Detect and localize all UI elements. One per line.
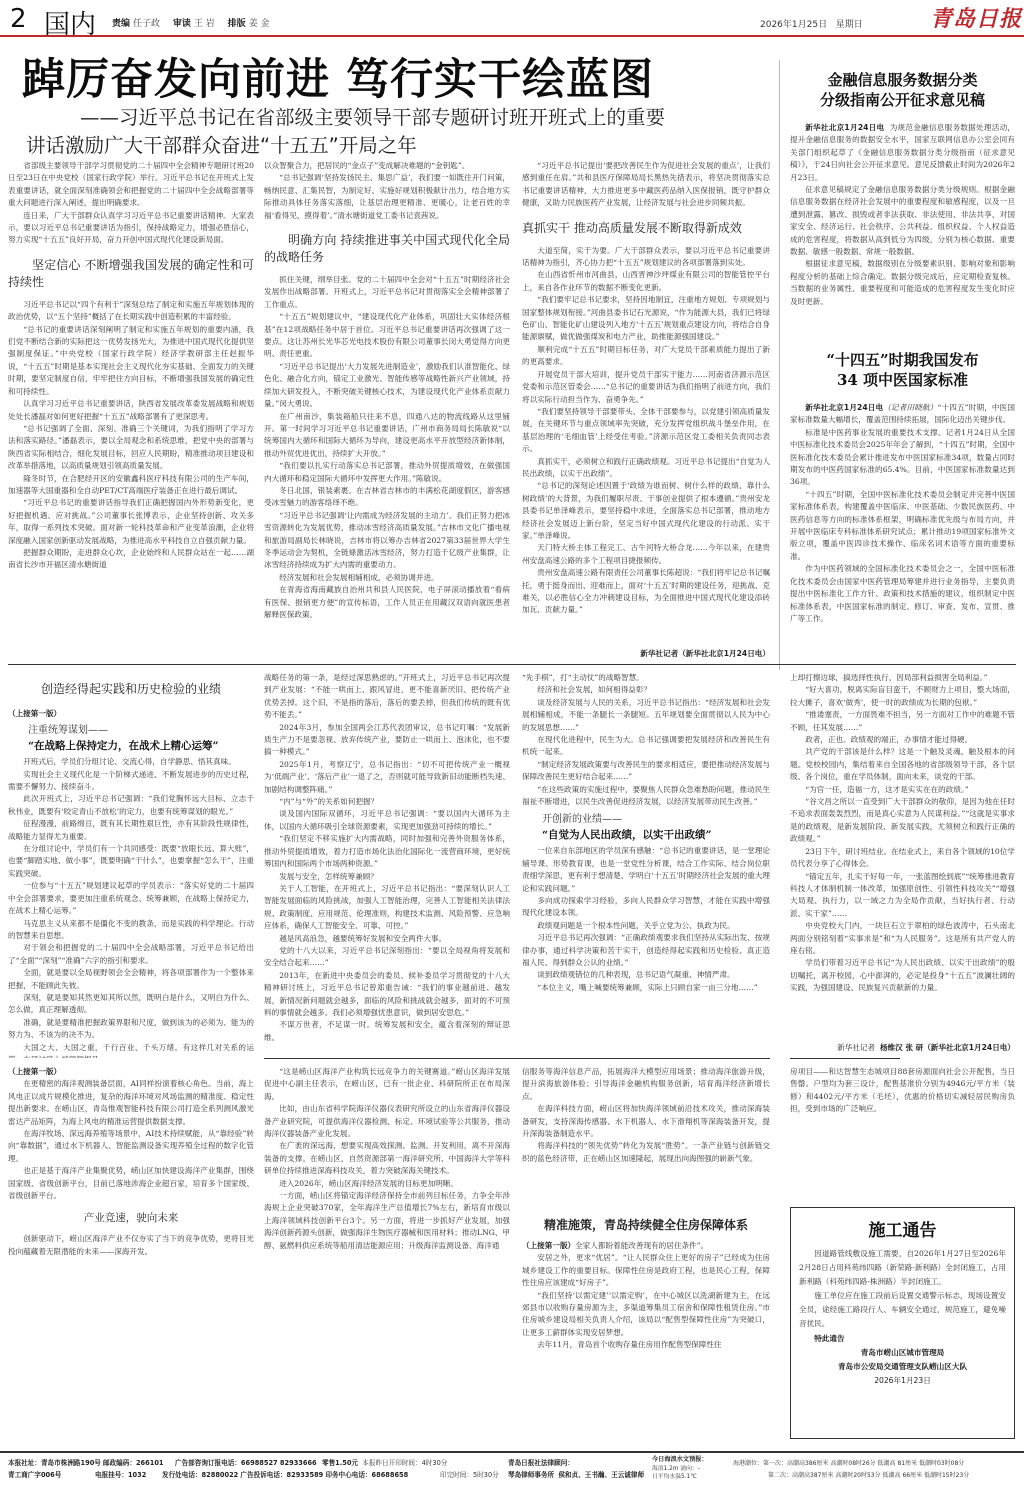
notice-date: 2026年1月23日 [799,1374,1006,1388]
paragraph: 习近平总书记以“四个有利于”深刻总结了制定和实施五年规划体现的政治优势，以“五个… [8,299,254,324]
footer-ocean-title: 今日海浪水文预报： [652,1454,708,1463]
footer-tide-1: 海港潮位：第一次：高潮高386厘米 高潮时08时26分 低潮高 81厘米 低潮时… [733,1458,964,1467]
paragraph: 经济发展和社会发展相辅相成，必须协调并进。 [264,572,510,584]
paragraph: “习近平总书记提出‘要把改善民生作为促进社会发展的重点’，让我们感到重任在肩。”… [522,160,770,210]
date-text: 2026年1月25日 [760,20,827,30]
page-number: 2 [10,4,27,34]
paragraph: 2025年1月，考察辽宁，总书记指出：“切不可把传统产业一概视为‘低端产业’、‘… [264,759,510,796]
paragraph: 在现代化进程中，民生为大。总书记强调要把发展经济和改善民生有机统一起来。 [522,734,770,759]
footer-print-end: 印完时间：5时30分 [440,1469,499,1479]
paragraph: 在海洋科技方面，崂山区将加快海洋领域前沿技术攻关，推动深海装备研发，支持深海传感… [522,1103,770,1140]
paragraph: 一方面，崂山区将锚定海洋经济保持全市前列目标任务，力争全年涉海规上企业突破370… [264,1190,510,1252]
paragraph: 根据征求意见稿，数据级别在分级要素识别、影响对象和影响程度分析的基础上综合确定。… [790,258,1015,308]
footer-distribution: 发行处电话：82880022 广告投诉电话：82933589 印务中心电话：68… [162,1469,408,1479]
paragraph: 一位参与“十五五”规划建议起草的学员表示：“落实好党的二十届四中全会部署要求，要… [8,880,254,917]
paragraph: “习近平总书记强调‘让内需成为经济发展的主动力’。我们正努力把冰雪资源转化为发展… [264,510,510,572]
paragraph: 政绩观问题是一个根本性问题，关乎立党为公、执政为民。 [522,920,770,932]
paragraph: 战略任务的第一条，是经过深思熟虑的。”开班式上，习近平总书记再次提到产业发展：“… [264,672,510,722]
paragraph: “这是崂山区海洋产业构筑长远竞争力的关键赛道。”崂山区海洋发展促进中心副主任表示… [264,1066,510,1103]
paragraph: 马克思主义从来都不是僵化不变的教条，而是实践的科学理论。行动的智慧来自思想。 [8,918,254,943]
dateline: 新华社北京1月24日电 [805,123,884,132]
article-2-column-2: 战略任务的第一条，是经过深思熟虑的。”开班式上，习近平总书记再次提到产业发展：“… [264,672,510,1056]
notice-paragraph: 施工单位应在施工段前后设置交通警示标志，现场设置安全员，途经施工路段行人、车辆安… [799,1289,1006,1331]
paragraph: 共产党的干部该是什么样？这是一个触及灵魂、触及根本的问题。党校校园内，集结着来自… [790,746,1015,783]
section-heading: 明确方向 持续推进事关中国式现代化全局的战略任务 [264,232,510,266]
article-2-byline: 新华社记者 杨维汉 张 研（新华社北京1月24日电） [790,1042,1015,1053]
lead-subtitle-1: ——习近平总书记在省部级主要领导干部专题研讨班开班式上的重要 [80,102,665,130]
paragraph: 此次开班式上，习近平总书记强调：“我们党胸怀远大目标、立志千秋伟业，既要有‘咬定… [8,793,254,818]
construction-notice: 施工通告 因道路管线敷设施工需要，自2026年1月27日至2026年2月28日占… [790,1207,1015,1439]
paragraph: “谷文昌之所以一直受到广大干部群众的敬仰，是因为他在任时不追求表面轰轰烈烈，而是… [790,796,1015,846]
sidebar-title: “十四五”时期我国发布 [790,350,1015,370]
paragraph: 在广袤的深远海，想要实现高效探测、监测、开发利用，离不开深海装备的支撑。在崂山区… [264,1140,510,1177]
paragraph: 把握群众期盼，走进群众心坎，企业始终和人民群众站在一起……湖南省长沙市开福区清水… [8,547,254,572]
paragraph: “我们坚定不移实施扩大内需战略，同时加强和完善外资服务体系，推动外贸提质增效，着… [264,833,510,870]
sidebar-article-finance: 金融信息服务数据分类 分级指南公开征求意见稿 新华社北京1月24日电 为规范金融… [790,70,1015,322]
paragraph: “推诿塞责，一方面畏难不担当，另一方面对工作中的难题不管不顾，任其发展……” [790,709,1015,734]
section-divider [8,664,1016,665]
article-3-column-3: 信服务等海洋信息产品，拓展海洋大模型应用场景；推动海洋旅游升级，提升滨海旅游体验… [522,1066,770,1196]
paragraph: “总书记强调‘坚持发扬民主、集思广益’，我们要一如既往开门问策，畅纳民意、汇集民… [264,172,510,222]
paragraph: 贵州安盘高速公路有限责任公司董事长陈超说：“我们将牢记总书记嘱托，勇于挺身而出、… [522,567,770,617]
paragraph: 真抓实干，必须树立和践行正确政绩观。习近平总书记提出“自觉为人民出政绩，以实干出… [522,456,770,481]
footer-tide-2: 第二次：高潮高387厘米 高潮时20时53分 低潮高 66厘米 低潮时15时23… [768,1470,969,1479]
sidebar-title: 金融信息服务数据分类 [790,70,1015,90]
paragraph: 越是风高浪急，越要统筹好发展和安全两件大事。 [264,933,510,945]
footer-water-temp: 日平均水温5.1℃ [652,1471,697,1480]
paragraph: 不谋万世者，不足谋一时。统筹发展和安全，蕴含着深刻的辩证思维。 [264,1019,510,1044]
paragraph: “我们要坚持领导干部要带头、全体干部要参与，以党建引领高质量发展，在关键环节与重… [522,406,770,456]
article-4-column-1: （上接第一版）全家人都盼着能改善现有的居住条件”。 安居之外，更求“优居”。“让… [522,1240,770,1446]
paragraph: 征程漫漫，前路绵亘，既有其长期性艰巨性，亦有其阶段性规律性，战略能力显得尤为重要… [8,818,254,843]
paragraph: 新华社北京1月24日电 为规范金融信息服务数据处理活动，提升金融信息服务的数据安… [790,122,1015,184]
article-3-column-1: （上接第一版） 在更精密的海洋观测装备层面，AI同样扮演着核心角色。当前，海上风… [8,1066,254,1446]
article-2-title: 创造经得起实践和历史检验的业绩 [8,680,254,697]
section-heading: 产业竞速，驶向未来 [8,1210,254,1227]
paragraph: “在这些政策的实施过程中，要聚焦人民群众急难愁盼问题，推动民生福祉不断增进，以民… [522,784,770,809]
issue-date: 2026年1月25日 星期日 [760,17,863,30]
paragraph: 习近平总书记再次强调：“正确政绩观要求我们坚持从实际出发、按规律办事，通过科学决… [522,932,770,969]
paragraph: 经济和社会发展，如何相得益彰？ [522,684,770,696]
paragraph: 大国之大、大国之重，千行百业、千头万绪。有这样几对关系的运筹，在研讨班上被频频提… [8,1042,254,1058]
paragraph: 房项目——和达智慧生态城项目88套房源面向社会公开配售，当日售罄。户型均为套三设… [790,1066,1015,1116]
article-4-column-2: 房项目——和达智慧生态城项目88套房源面向社会公开配售，当日售罄。户型均为套三设… [790,1066,1015,1128]
paragraph: 党的十八大以来，习近平总书记深刻指出：“要以全局视角将发展和安全结合起来……” [264,945,510,970]
lead-byline: 新华社记者（新华社北京1月24日电） [522,648,770,659]
footer-price: 零售1.50元 本报昨日开印时间：4时30分 [322,1457,447,1467]
continued-tag: （上接第一版） [8,1066,254,1078]
paragraph: 连日来，广大干部群众认真学习习近平总书记重要讲话精神。大家表示，要以习近平总书记… [8,210,254,247]
paragraph: 进入2026年，崂山区海洋经济发展的目标更加明晰。 [264,1178,510,1190]
staff-credits: 责编任子政 审读王 岩 排版姜 金 [112,16,280,29]
article-2-column-3: “先手棋”，打“主动仗”的战略智慧。 经济和社会发展，如何相得益彰？ 谈及经济发… [522,672,770,1056]
dateline: 新华社北京1月24日电 [805,403,883,412]
paragraph: 比如，由山东省科学院海洋仪器仪表研究所设立的山东省海洋仪器设备产业研究院，可提供… [264,1103,510,1140]
section-heading: 真抓实干 推动高质量发展不断取得新成效 [522,220,770,237]
notice-issuer: 青岛市公安局交通管理支队崂山区大队 [799,1360,1006,1374]
paragraph: 安居之外，更求“优居”。“让人民群众住上更好的房子”已经成为住房城乡建设工作的重… [522,1252,770,1289]
paragraph: “制定经济发展政策要与改善民生的要求相适应，要把推动经济发展与保障改善民生更好结… [522,759,770,784]
weekday-text: 星期日 [836,20,863,30]
paragraph: “我们要牢记总书记要求，坚持因地制宜，注重地方规划、专项规划与国家整体规划衔接。… [522,294,770,344]
paragraph: 天门特大桥主体工程完工、古牛河特大桥合龙……今年以来，在建贵州安盘高速公路的多个… [522,542,770,567]
paragraph: 学员们带着习近平总书记“为人民出政绩、以实干出政绩”的殷切嘱托，离开校园，心中澎… [790,957,1015,994]
footer-divider [0,1451,1024,1453]
paragraph: 多向成功探索学习经验，多向人民群众学习智慧，才能在实践中增强现代化建设本领。 [522,895,770,920]
paragraph: 冬日北国，银装素裹。在吉林省吉林市的丰满松花湖度假区，游客感受冰雪魅力的游客络绎… [264,485,510,510]
masthead-logo: 青岛日报 [930,2,1022,33]
paragraph: 谈及经济发展与人民的关系，习近平总书记指出：“经济发展和社会发展相辅相成，不能一… [522,697,770,734]
kicker: 注重统筹谋划—— [28,725,254,737]
header-divider [0,35,1024,37]
staff-role: 责编 [112,19,130,29]
section-heading: 坚定信心 不断增强我国发展的确定性和可持续性 [8,257,254,291]
paragraph: 也正是基于海洋产业集聚优势，崂山区加快建设海洋产业集群，围绕国家级、省级创新平台… [8,1165,254,1202]
paragraph: “十五五”规划建议中，“建设现代化产业体系，巩固壮大实体经济根基”在12项战略任… [264,311,510,361]
paragraph: 在海洋牧场、深远海养殖等场景中，AI技术持续赋能，从“靠经验”转向“靠数据”，通… [8,1128,254,1165]
paragraph: 新华社北京1月24日电（记者田晓航）“十四五”时期，中医国家标准数量大幅增长，覆… [790,402,1015,427]
footer-license: 青工商广字006号 [8,1469,61,1479]
paragraph: 关于人工智能，在开班式上，习近平总书记指出：“要深刻认识人工智能发展面临的风险挑… [264,883,510,933]
paragraph: 实现社会主义现代化是一个阶梯式递进、不断发展进步的历史过程，需要不懈努力、接续奋… [8,769,254,794]
paragraph: 23日下午，研讨班结业。在结业式上，来自各个领域的10位学员代表分享了心得体会。 [790,846,1015,871]
paragraph: 在山西省忻州市河曲县，山西晋神沙坪煤业有限公司的智能管控平台上，来自各作业环节的… [522,269,770,294]
paragraph: 以众智聚合力，把居民的“金点子”变成解决难题的“金钥匙”。 [264,160,510,172]
sidebar-title: 34 项中医国家标准 [790,370,1015,390]
paragraph: 创新驱动下，崂山区海洋产业不仅夯实了当下的竞争优势，更将目光投向蕴藏着无限潜能的… [8,1233,254,1258]
paragraph: 准确，就是要精准把握政策界限和尺度，做到该为的必须为、能为的努力为、不该为的决不… [8,1017,254,1042]
paragraph: “十四五”时期，全国中医标准化技术委员会制定并完善中医国家标准体系表，构建覆盖中… [790,489,1015,563]
paragraph: 开展党员干部大培训，提升党员干部实干能力……河南省济源示范区党委和示范区管委会…… [522,369,770,406]
byline-prefix: 新华社记者 [837,1043,875,1052]
lead-headline: 踔厉奋发向前进 笃行实干绘蓝图 [22,46,654,107]
paragraph: 认真学习习近平总书记重要讲话，陕西省发展改革委发展战略和规划处处长潘磊对如何更好… [8,398,254,423]
paragraph: 在青海省海南藏族自治州共和县人民医院，电子屏滚动播放着“看病有医保、报销更方便”… [264,584,510,621]
paragraph: （上接第一版）全家人都盼着能改善现有的居住条件”。 [522,1240,770,1252]
notice-paragraph: 因道路管线敷设施工需要，自2026年1月27日至2026年2月28日占用科苑纬四… [799,1247,1006,1289]
kicker: 开创新的业绩—— [542,814,770,826]
staff-name: 任子政 [133,19,160,29]
sidebar-article-tcm: “十四五”时期我国发布 34 项中医国家标准 新华社北京1月24日电（记者田晓航… [790,350,1015,667]
paragraph: 征求意见稿规定了金融信息服务数据分类分级规则。根据金融信息服务数据在经济社会发展… [790,184,1015,258]
paragraph: 隆冬时节，在合肥经开区的安徽鑫科医疗科技有限公司的生产车间，加速器等大国重器和全… [8,473,254,498]
article-2-column-1: （上接第一版） 注重统筹谋划—— “在战略上保持定力，在战术上精心运筹” 开班式… [8,708,254,1058]
paragraph: 2024年3月，参加全国两会江苏代表团审议，总书记叮嘱：“发展新质生产力不是要忽… [264,722,510,759]
paragraph: “总书记的深刻论述因置于‘政绩为谁而树、树什么样的政绩、靠什么树政绩’的大背景，… [522,480,770,542]
reporter: （记者田晓航） [883,403,937,412]
paragraph: 对于领会和把握党的二十届四中全会战略部署，习近平总书记给出了“全面”“深刻”“准… [8,942,254,967]
section-divider [264,1058,770,1059]
footer-telegraph: 电报挂号：1032 [95,1469,146,1479]
paragraph: “总书记强调了全面、深刻、准确三个关键词，为我们指明了学习方法和落实路径。”潘磊… [8,423,254,473]
kicker-quote: “在战略上保持定力，在战术上精心运筹” [28,740,254,752]
footer-legal: 青岛日报社法律顾问： [508,1457,574,1467]
continued-tag: （上接第一版） [8,708,254,720]
article-2-column-4: 上却打擦边球，搞选择性执行，因局部利益损害全局利益。” “好大喜功，脱离实际盲目… [790,672,1015,1042]
continued-tag: （上接第一版） [522,1241,575,1250]
paragraph: 大道至简，实干为要。广大干部群众表示，要以习近平总书记重要讲话精神为指引，齐心协… [522,245,770,270]
paragraph: 谈及国内国际双循环，习近平总书记强调：“要以国内大循环为主体，以国内大循环吸引全… [264,808,510,833]
paragraph: 在更精密的海洋观测装备层面，AI同样扮演着核心角色。当前，海上风电正以成片规模化… [8,1078,254,1128]
staff-role: 排版 [228,19,246,29]
paragraph: “我们要以扎实行动落实总书记部署，推动外贸提质增效，在做强国内大循环和稳定国际大… [264,460,510,485]
paragraph: 省部级主要领导干部学习贯彻党的二十届四中全会精神专题研讨班20日至23日在中央党… [8,160,254,210]
staff-role: 审读 [173,19,191,29]
lead-column-1: 省部级主要领导干部学习贯彻党的二十届四中全会精神专题研讨班20日至23日在中央党… [8,160,254,655]
kicker-quote: “自觉为人民出政绩，以实干出政绩” [542,829,770,841]
sidebar-title: 分级指南公开征求意见稿 [790,90,1015,110]
staff-name: 王 岩 [194,19,215,29]
article-3-column-2: “这是崂山区海洋产业构筑长远竞争力的关键赛道。”崂山区海洋发展促进中心副主任表示… [264,1066,510,1446]
paragraph: 政者，正也。政绩观的端正，办事情才能过得硬。 [790,734,1015,746]
paragraph: “总书记的重要讲话深刻阐明了制定和实施五年规划的重要内涵，我们党不断结合新的实际… [8,324,254,398]
paragraph: 全面，就是要以全局视野领会全会精神，将各项部署作为一个整体来把握，不能顾此失彼。 [8,967,254,992]
paragraph: “为官一任，造福一方，这才是实实在在的政绩。” [790,784,1015,796]
notice-closing: 特此通告 [799,1333,1006,1344]
paragraph: 在分组讨论中，学员们有一个共同感受：既要“放眼长远、算大账”，也要“脚踏实地、做… [8,843,254,880]
paragraph: “锚定五年，扎实干好每一年，一张蓝图绘到底”“统筹推进教育科技人才体制机制一体改… [790,871,1015,921]
footer-address: 本报社址：青岛市株洲路190号 邮政编码：266101 [8,1457,164,1467]
notice-title: 施工通告 [799,1216,1006,1241]
paragraph: 在广州南沙，集装箱船只往来不息，四通八达的物流线路从这里铺开。第一时间学习习近平… [264,411,510,461]
column-divider [779,60,780,670]
paragraph: 顺利完成“十五五”时期目标任务，对广大党员干部素质能力提出了新的更高要求。 [522,344,770,369]
paragraph: “习近平总书记提出‘大力发展先进制造业’，激励我们认准智能化、绿色化、融合化方向… [264,361,510,411]
lead-column-3: “习近平总书记提出‘要把改善民生作为促进社会发展的重点’，让我们感到重任在肩。”… [522,160,770,660]
paragraph: 标准是中医药事业发展的重要技术支撑。记者1月24日从全国中医标准化技术委员会20… [790,427,1015,489]
paragraph: “习近平总书记的重要讲话指导我们正确把握国内外形势新变化，更好把握机遇、应对挑战… [8,497,254,547]
paragraph: “我们坚持‘以需定建’‘以需定购’，在中心城区以洗湖新建为主，在远郊县市以收购存… [522,1290,770,1340]
paragraph: 中央党校大门内，一块巨石立于翠柏的绿色波涛中，石头南北两面分别铭刻着“实事求是”… [790,920,1015,957]
paragraph: 将海洋科技的“领先优势”转化为发展“胜势”。一条产业链与创新链交织的蓝色经济带，… [522,1140,770,1165]
paragraph: 谈到政绩观错位的几种表现，总书记语气凝重、神情严肃。 [522,969,770,981]
byline-names: 杨维汉 张 研（新华社北京1月24日电） [880,1043,1015,1052]
lead-column-2: 以众智聚合力，把居民的“金点子”变成解决难题的“金钥匙”。 “总书记强调‘坚持发… [264,160,510,655]
paragraph: 一位来自东部地区的学员深有感触：“总书记的重要讲话，是一堂理论辅导课、形势教育课… [522,845,770,895]
paragraph: 深刻，就是要知其然更知其所以然，既明白是什么，又明白为什么、怎么做，真正理解透彻… [8,992,254,1017]
footer-ad-phone: 广告部咨询订报电话：66988527 82933666 [175,1457,317,1467]
paragraph: “内”与“外”的关系如何把握？ [264,796,510,808]
article-4-title: 精准施策，青岛持续健全住房保障体系 [522,1216,770,1233]
paragraph: 去年11月，青岛首个收购存量住房用作配售型保障性住 [522,1339,770,1351]
paragraph: 开班式后，学员们分组讨论、交流心得，自学静思、悟其真味。 [8,756,254,768]
notice-issuer: 青岛市崂山区城市管理局 [799,1346,1006,1360]
paragraph: 上却打擦边球，搞选择性执行，因局部利益损害全局利益。” [790,672,1015,684]
paragraph: “本位主义，嘴上喊要统筹兼顾，实际上只顾自家一亩三分地……” [522,982,770,994]
paragraph: “好大喜功，脱离实际盲目蛮干，不顾财力上项目，整大场面，拉大摊子，喜欢‘做秀’，… [790,684,1015,709]
paragraph: 抓住关键，纲举目张。党的二十届四中全会对“十五五”时期经济社会发展作出战略部署。… [264,274,510,311]
paragraph: 信服务等海洋信息产品，拓展海洋大模型应用场景；推动海洋旅游升级，提升滨海旅游体验… [522,1066,770,1103]
footer-legal-firm: 琴岛律师事务所 侯和贞、王书瀚、王云诚律师 [508,1469,644,1479]
paragraph: “先手棋”，打“主动仗”的战略智慧。 [522,672,770,684]
paragraph: 发展与安全，怎样统筹兼顾？ [264,871,510,883]
paragraph: 作为中医药领域的全国标准化技术委员会之一，全国中医标准化技术委员会由国家中医药管… [790,563,1015,625]
section-divider [790,1058,900,1059]
lead-subtitle-2: 讲话激励广大干部群众奋进“十五五”开局之年 [26,130,417,158]
paragraph: 2013年，在新进中央委员会的委员、候补委员学习贯彻党的十八大精神研讨班上，习近… [264,970,510,1020]
staff-name: 姜 金 [249,19,270,29]
